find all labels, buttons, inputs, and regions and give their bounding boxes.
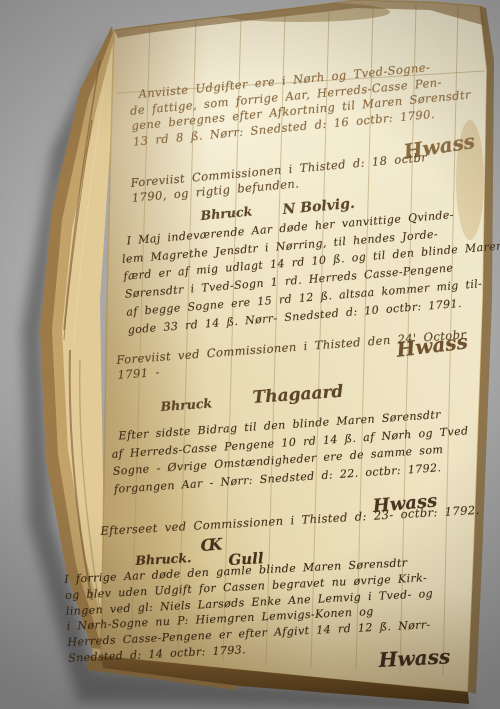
signature-hwass-1793: Hwass — [378, 644, 451, 672]
manuscript-photo: Anviiste Udgifter ere i Nørh og Tved-Sog… — [0, 0, 500, 709]
monogram-ck: CK — [200, 535, 218, 555]
